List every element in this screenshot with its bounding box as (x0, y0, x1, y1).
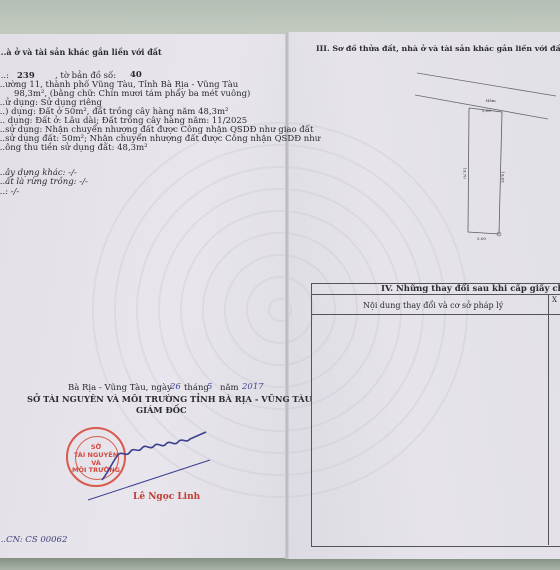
table-body-divider (311, 314, 560, 315)
top-edge-length: 5,00 (482, 106, 491, 116)
table-column-divider (548, 294, 549, 545)
table-header-col2: X (552, 295, 557, 305)
table-header-divider (311, 294, 560, 295)
changes-table (311, 283, 560, 547)
section-iv-heading: IV. Những thay đổi sau khi cấp giấy chứn… (381, 284, 560, 294)
table-header-content: Nội dung thay đổi và cơ sở pháp lý (363, 301, 503, 311)
bottom-edge-length: 5,00 (477, 234, 486, 244)
road-label: Hẻm (486, 96, 496, 106)
left-edge-length: 19,70 (460, 167, 470, 178)
right-edge-length: 19,65 (498, 171, 508, 182)
